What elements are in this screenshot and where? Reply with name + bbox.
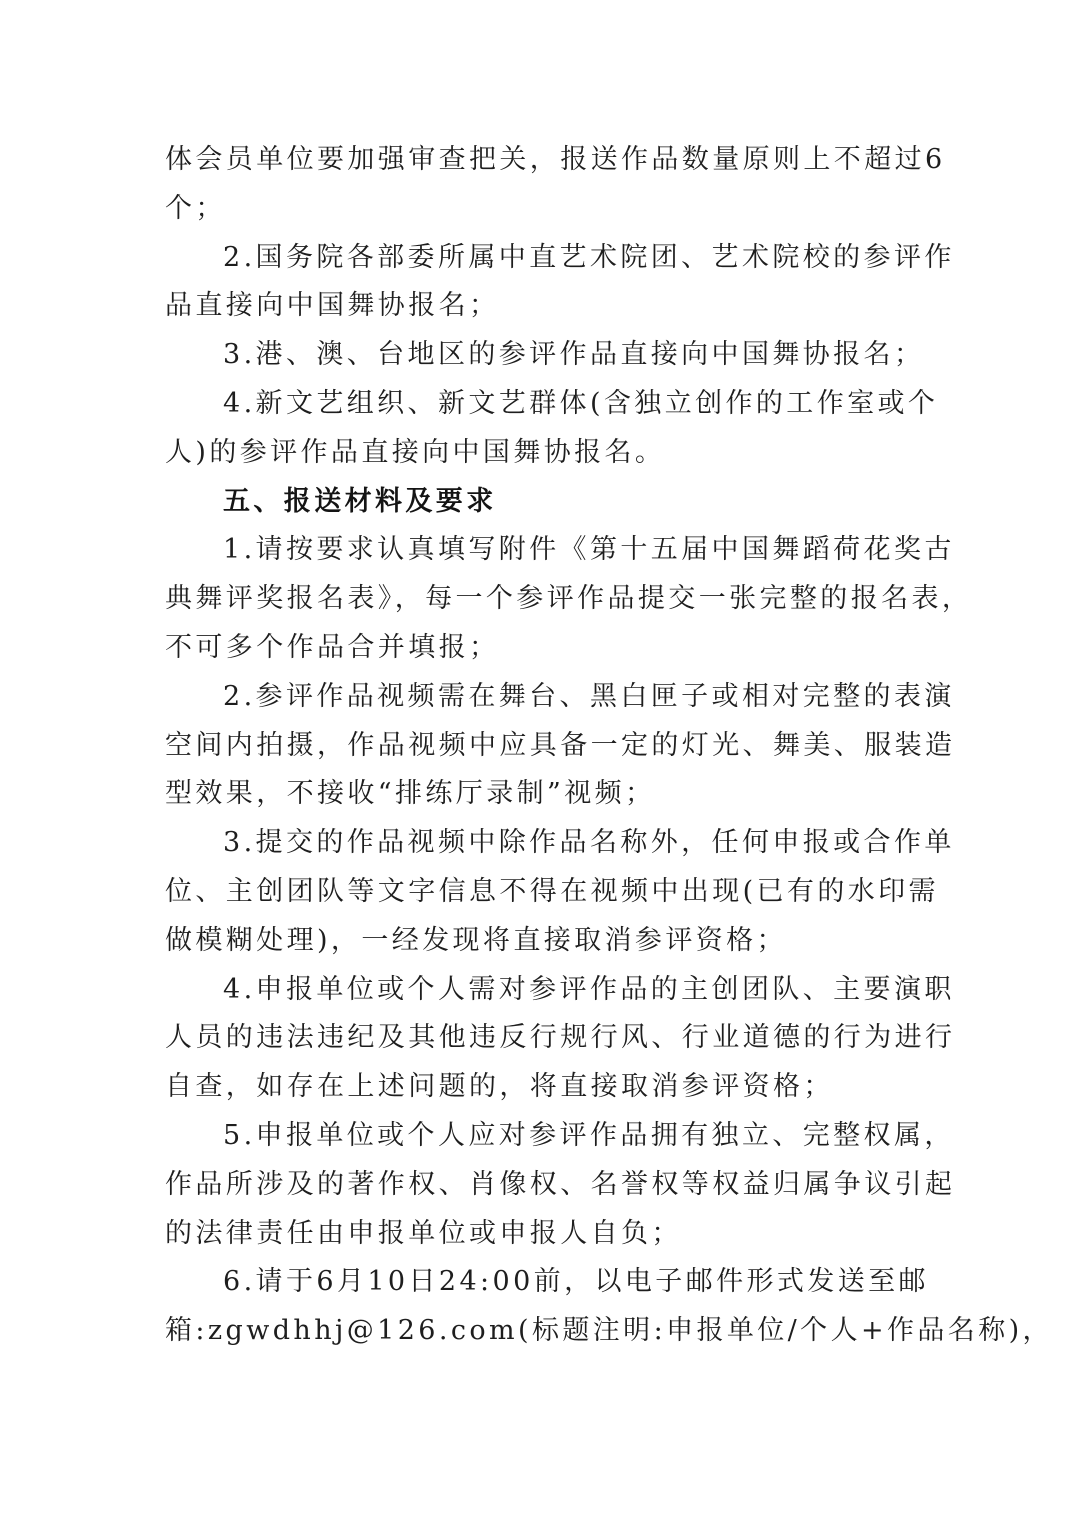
text-line: 位、主创团队等文字信息不得在视频中出现(已有的水印需: [165, 868, 915, 917]
paragraph-requirement-2: 2.参评作品视频需在舞台、黑白匣子或相对完整的表演 空间内拍摄，作品视频中应具备…: [165, 673, 915, 819]
text-line: 3.提交的作品视频中除作品名称外，任何申报或合作单: [165, 819, 915, 868]
text-line: 的法律责任由申报单位或申报人自负；: [165, 1210, 915, 1259]
text-line: 6.请于6月10日24:00前，以电子邮件形式发送至邮: [165, 1258, 915, 1307]
paragraph-item-2: 2.国务院各部委所属中直艺术院团、艺术院校的参评作 品直接向中国舞协报名；: [165, 234, 915, 332]
text-line: 体会员单位要加强审查把关，报送作品数量原则上不超过6: [165, 136, 915, 185]
text-line: 2.国务院各部委所属中直艺术院团、艺术院校的参评作: [165, 234, 915, 283]
text-line: 作品所涉及的著作权、肖像权、名誉权等权益归属争议引起: [165, 1161, 915, 1210]
document-page: 体会员单位要加强审查把关，报送作品数量原则上不超过6 个； 2.国务院各部委所属…: [165, 136, 915, 1356]
paragraph-continued: 体会员单位要加强审查把关，报送作品数量原则上不超过6 个；: [165, 136, 915, 234]
text-line: 不可多个作品合并填报；: [165, 624, 915, 673]
section-heading: 五、报送材料及要求: [165, 478, 915, 527]
paragraph-requirement-1: 1.请按要求认真填写附件《第十五届中国舞蹈荷花奖古 典舞评奖报名表》，每一个参评…: [165, 526, 915, 672]
paragraph-requirement-6: 6.请于6月10日24:00前，以电子邮件形式发送至邮 箱:zgwdhhj@12…: [165, 1258, 915, 1356]
text-line: 自查，如存在上述问题的，将直接取消参评资格；: [165, 1063, 915, 1112]
text-line: 4.新文艺组织、新文艺群体(含独立创作的工作室或个: [165, 380, 915, 429]
text-line: 人员的违法违纪及其他违反行规行风、行业道德的行为进行: [165, 1014, 915, 1063]
paragraph-requirement-3: 3.提交的作品视频中除作品名称外，任何申报或合作单 位、主创团队等文字信息不得在…: [165, 819, 915, 965]
text-line: 4.申报单位或个人需对参评作品的主创团队、主要演职: [165, 966, 915, 1015]
text-line: 个；: [165, 185, 915, 234]
section-5-heading: 五、报送材料及要求: [165, 478, 915, 527]
paragraph-requirement-5: 5.申报单位或个人应对参评作品拥有独立、完整权属， 作品所涉及的著作权、肖像权、…: [165, 1112, 915, 1258]
paragraph-item-3: 3.港、澳、台地区的参评作品直接向中国舞协报名；: [165, 331, 915, 380]
text-line: 1.请按要求认真填写附件《第十五届中国舞蹈荷花奖古: [165, 526, 915, 575]
text-line: 做模糊处理)，一经发现将直接取消参评资格；: [165, 917, 915, 966]
email-line: 箱:zgwdhhj@126.com(标题注明:申报单位/个人+作品名称)，: [165, 1307, 915, 1356]
text-line: 型效果，不接收“排练厅录制”视频；: [165, 770, 915, 819]
text-line: 空间内拍摄，作品视频中应具备一定的灯光、舞美、服装造: [165, 722, 915, 771]
text-line: 人)的参评作品直接向中国舞协报名。: [165, 429, 915, 478]
text-line: 5.申报单位或个人应对参评作品拥有独立、完整权属，: [165, 1112, 915, 1161]
text-line: 3.港、澳、台地区的参评作品直接向中国舞协报名；: [165, 331, 915, 380]
text-line: 2.参评作品视频需在舞台、黑白匣子或相对完整的表演: [165, 673, 915, 722]
text-line: 品直接向中国舞协报名；: [165, 282, 915, 331]
text-line: 典舞评奖报名表》，每一个参评作品提交一张完整的报名表，: [165, 575, 915, 624]
paragraph-item-4: 4.新文艺组织、新文艺群体(含独立创作的工作室或个 人)的参评作品直接向中国舞协…: [165, 380, 915, 478]
paragraph-requirement-4: 4.申报单位或个人需对参评作品的主创团队、主要演职 人员的违法违纪及其他违反行规…: [165, 966, 915, 1112]
